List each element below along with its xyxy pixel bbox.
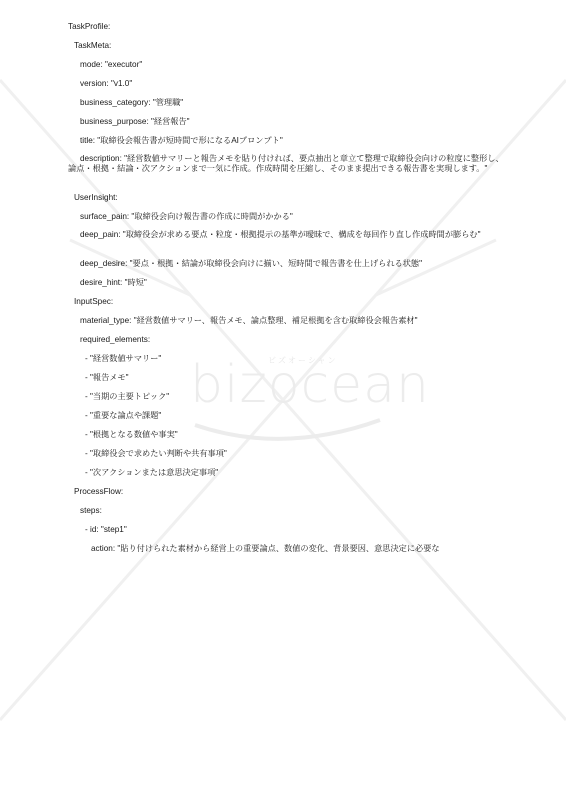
version-field: version: "v1.0" — [68, 79, 132, 89]
deep-desire-field: deep_desire: "要点・根拠・結論が取締役会向けに揃い、短時間で報告書… — [68, 259, 422, 269]
document-page: ビズオーシャン bizocean TaskProfile: TaskMeta: … — [0, 0, 566, 800]
required-element-item: - "根拠となる数値や事実" — [68, 430, 178, 440]
steps-key: steps: — [68, 506, 102, 516]
user-insight-key: UserInsight: — [68, 193, 118, 203]
material-type-field: material_type: "経営数値サマリー、報告メモ、論点整理、補足根拠を… — [68, 316, 417, 326]
business-purpose-field: business_purpose: "経営報告" — [68, 117, 190, 127]
task-meta-key: TaskMeta: — [68, 41, 111, 51]
step1-action-field: action: "貼り付けられた素材から経営上の重要論点、数値の変化、背景要因、… — [68, 544, 440, 554]
watermark-kana: ビズオーシャン — [268, 355, 338, 366]
required-element-item: - "経営数値サマリー" — [68, 354, 161, 364]
deep-pain-field: deep_pain: "取締役会が求める要点・粒度・根拠提示の基準が曖昧で、構成… — [68, 230, 508, 240]
process-flow-key: ProcessFlow: — [68, 487, 123, 497]
description-field: description: "経営数値サマリーと報告メモを貼り付ければ、要点抽出と… — [68, 154, 508, 174]
surface-pain-field: surface_pain: "取締役会向け報告書の作成に時間がかかる" — [68, 212, 293, 222]
required-element-item: - "当期の主要トピック" — [68, 392, 169, 402]
watermark-text: bizocean — [190, 355, 380, 415]
title-field: title: "取締役会報告書が短時間で形になるAIプロンプト" — [68, 136, 283, 146]
required-element-item: - "重要な論点や課題" — [68, 411, 161, 421]
input-spec-key: InputSpec: — [68, 297, 113, 307]
mode-field: mode: "executor" — [68, 60, 142, 70]
required-element-item: - "次アクションまたは意思決定事項" — [68, 468, 218, 478]
step1-id-field: - id: "step1" — [68, 525, 127, 535]
required-element-item: - "取締役会で求めたい判断や共有事項" — [68, 449, 227, 459]
required-elements-key: required_elements: — [68, 335, 150, 345]
desire-hint-field: desire_hint: "時短" — [68, 278, 147, 288]
task-profile-key: TaskProfile: — [68, 22, 110, 32]
business-category-field: business_category: "管理職" — [68, 98, 183, 108]
required-element-item: - "報告メモ" — [68, 373, 129, 383]
